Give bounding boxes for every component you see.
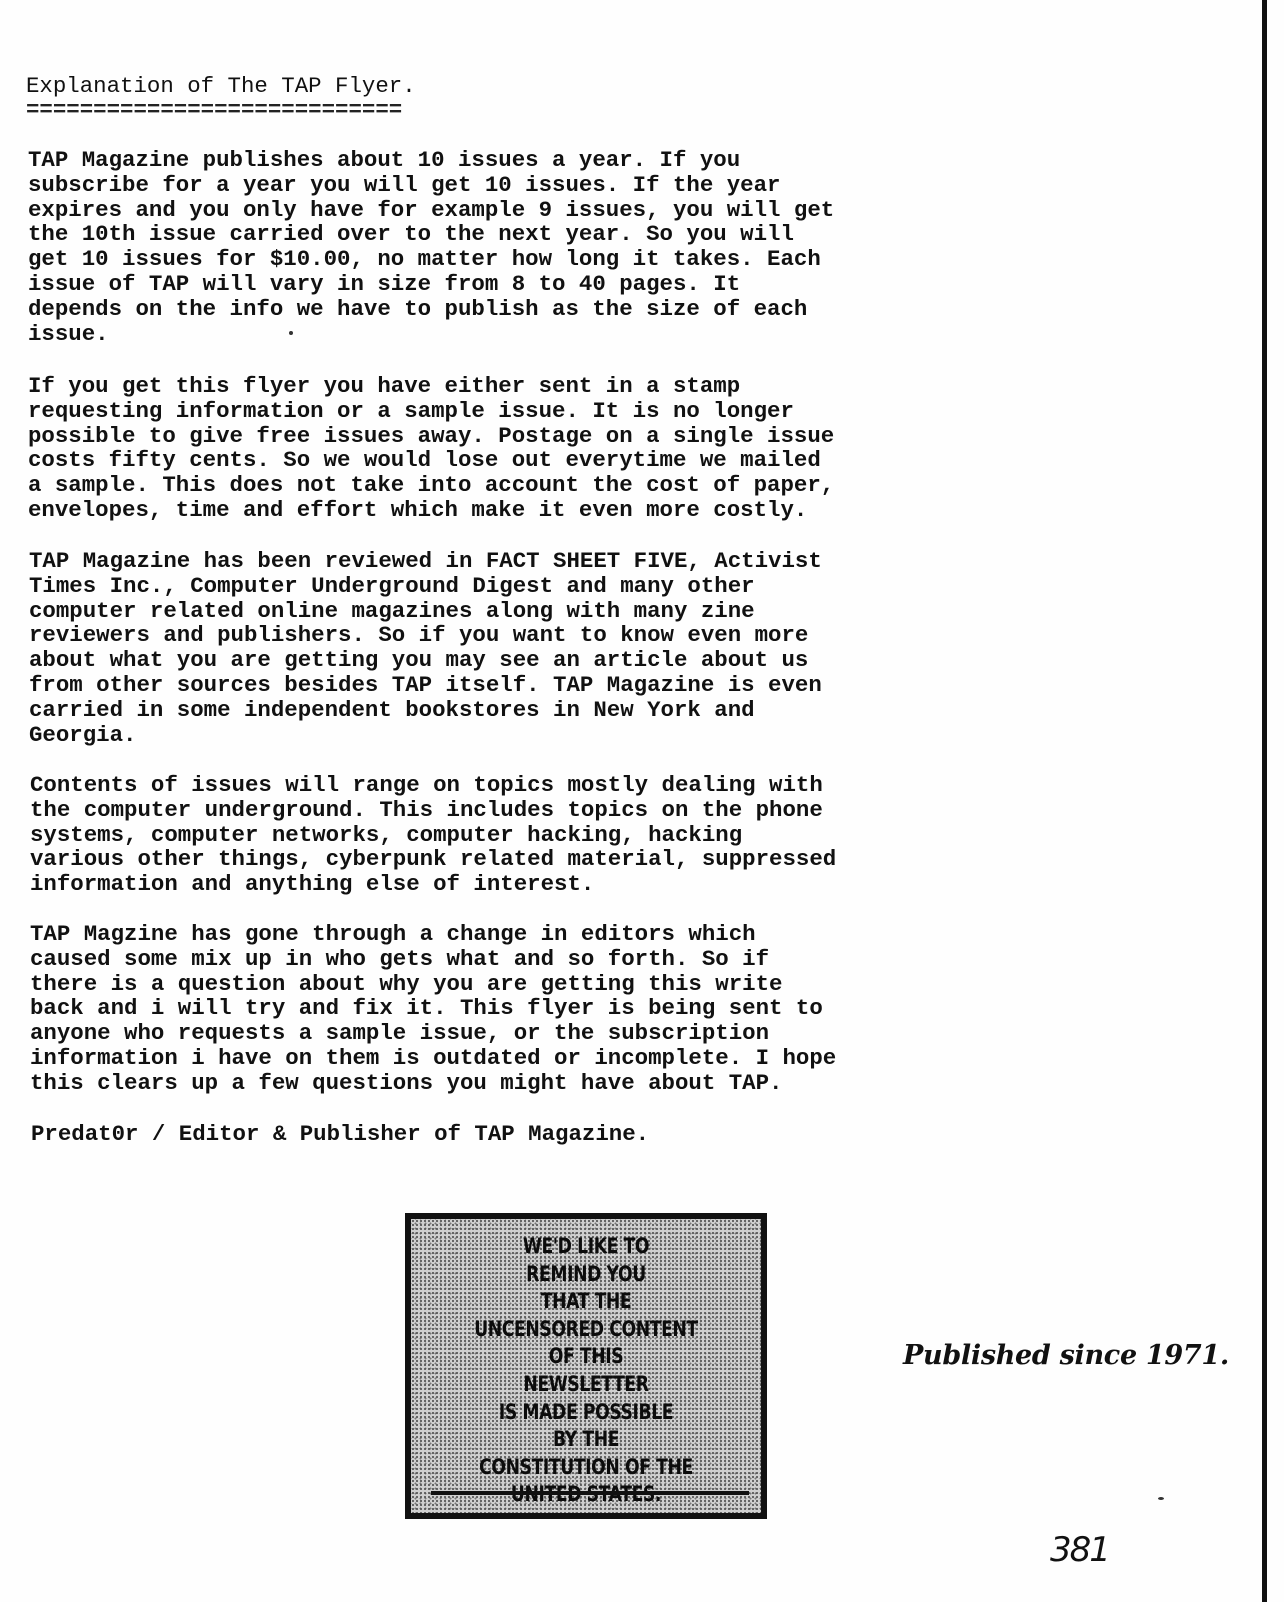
document-title: Explanation of The TAP Flyer. [26, 74, 416, 99]
paragraph-samples: If you get this flyer you have either se… [28, 374, 834, 523]
notice-line: OF THIS [443, 1343, 730, 1371]
notice-line: IS MADE POSSIBLE [443, 1399, 730, 1427]
notice-line: THAT THE [443, 1288, 730, 1316]
notice-line: WE'D LIKE TO [443, 1233, 730, 1261]
title-underline: ============================ [26, 98, 402, 123]
page-edge-rule [1262, 0, 1267, 1602]
notice-underline [431, 1491, 749, 1495]
notice-line: UNITED STATES. [443, 1481, 730, 1509]
paragraph-reviews: TAP Magazine has been reviewed in FACT S… [29, 549, 822, 747]
constitution-notice-box: WE'D LIKE TOREMIND YOUTHAT THEUNCENSORED… [405, 1213, 767, 1519]
notice-line: BY THE [443, 1426, 730, 1454]
document-page: Explanation of The TAP Flyer. ==========… [0, 0, 1284, 1602]
scan-speck [289, 331, 293, 335]
published-since-tagline: Published since 1971. [903, 1340, 1229, 1371]
scan-speck [1158, 1497, 1164, 1500]
paragraph-subscription: TAP Magazine publishes about 10 issues a… [28, 148, 834, 346]
notice-line: REMIND YOU [443, 1261, 730, 1289]
page-number: 381 [1050, 1530, 1109, 1570]
notice-line: CONSTITUTION OF THE [443, 1454, 730, 1482]
paragraph-editors: TAP Magzine has gone through a change in… [30, 922, 836, 1096]
notice-line: NEWSLETTER [443, 1371, 730, 1399]
notice-text: WE'D LIKE TOREMIND YOUTHAT THEUNCENSORED… [443, 1233, 730, 1509]
notice-line: UNCENSORED CONTENT [443, 1316, 730, 1344]
signature: Predat0r / Editor & Publisher of TAP Mag… [31, 1122, 649, 1147]
paragraph-contents: Contents of issues will range on topics … [30, 773, 836, 897]
